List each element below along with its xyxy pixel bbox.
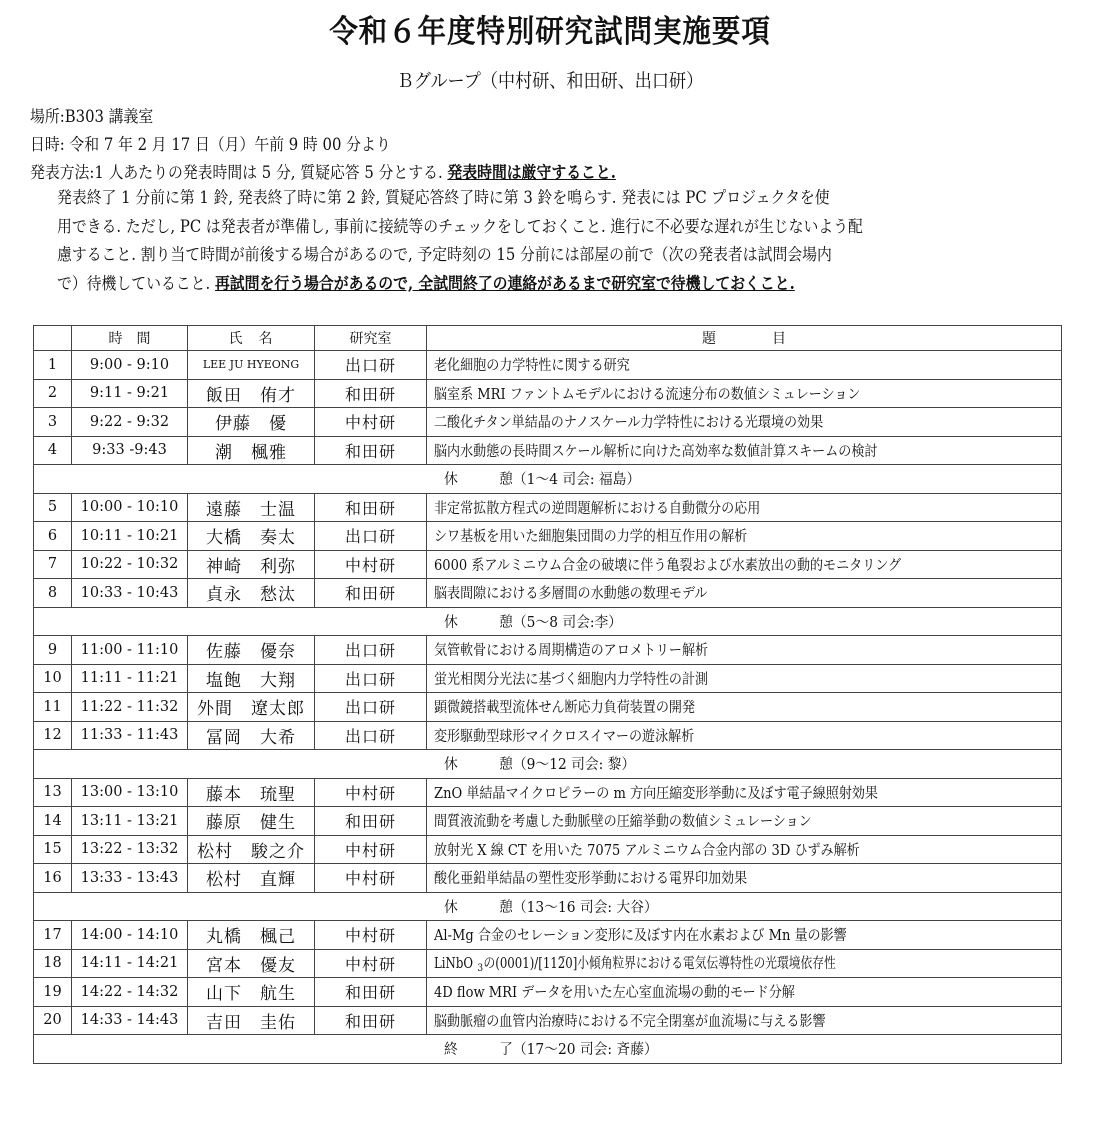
end-row: 終 了（17～20 司会: 斉藤） [34, 1035, 1062, 1064]
group-subtitle: Ｂグループ（中村研、和田研、出口研） [55, 66, 1045, 93]
cell-no: 9 [34, 636, 72, 665]
cell-lab: 出口研 [315, 664, 427, 693]
cell-name: 貞永 愁汰 [188, 579, 315, 608]
cell-title: 脳表間隙における多層間の水動態の数理モデル [427, 579, 1062, 608]
table-row: 39:22 - 9:32伊藤 優中村研二酸化チタン単結晶のナノスケール力学特性に… [34, 408, 1062, 437]
cell-time: 13:11 - 13:21 [72, 807, 188, 836]
title-text: 間質液流動を考慮した動脈壁の圧縮挙動の数値シミュレーション [434, 810, 812, 831]
cell-name: 山下 航生 [188, 978, 315, 1007]
cell-no: 13 [34, 778, 72, 807]
cell-no: 17 [34, 921, 72, 950]
cell-no: 19 [34, 978, 72, 1007]
cell-no: 18 [34, 949, 72, 978]
cell-lab: 出口研 [315, 636, 427, 665]
instructions-paragraph: 発表終了 1 分前に第 1 鈴, 発表終了時に第 2 鈴, 質疑応答終了時に第 … [57, 184, 1056, 298]
table-header-row: 時 間 氏 名 研究室 題 目 [34, 326, 1062, 351]
cell-lab: 出口研 [315, 721, 427, 750]
instructions-line: 慮すること. 割り当て時間が前後する場合があるので, 予定時刻の 15 分前には… [57, 241, 1056, 270]
table-row: 19:00 - 9:10LEE JU HYEONG出口研老化細胞の力学特性に関す… [34, 351, 1062, 380]
cell-no: 5 [34, 493, 72, 522]
cell-time: 9:00 - 9:10 [72, 351, 188, 380]
title-text: 酸化亜鉛単結晶の塑性変形挙動における電界印加効果 [434, 867, 747, 888]
break-label: 休 憩（9～12 司会: 黎） [444, 753, 635, 774]
cell-name: 吉田 圭佑 [188, 1006, 315, 1035]
table-row: 1914:22 - 14:32山下 航生和田研4D flow MRI データを用… [34, 978, 1062, 1007]
cell-no: 16 [34, 864, 72, 893]
cell-lab: 和田研 [315, 379, 427, 408]
title-text: 脳動脈瘤の血管内治療時における不完全閉塞が血流場に与える影響 [434, 1010, 826, 1031]
cell-title: 酸化亜鉛単結晶の塑性変形挙動における電界印加効果 [427, 864, 1062, 893]
cell-title: 脳内水動態の長時間スケール解析に向けた高効率な数値計算スキームの検討 [427, 436, 1062, 465]
cell-lab: 中村研 [315, 835, 427, 864]
cell-title: 脳動脈瘤の血管内治療時における不完全閉塞が血流場に与える影響 [427, 1006, 1062, 1035]
cell-time: 13:00 - 13:10 [72, 778, 188, 807]
cell-name: 遠藤 士温 [188, 493, 315, 522]
title-formula: LiNbO [434, 956, 473, 972]
cell-lab: 中村研 [315, 921, 427, 950]
title-text: Al-Mg 合金のセレーション変形に及ぼす内在水素および Mn 量の影響 [434, 924, 847, 945]
cell-name: 藤本 琉聖 [188, 778, 315, 807]
cell-name: 佐藤 優奈 [188, 636, 315, 665]
title-text: 4D flow MRI データを用いた左心室血流場の動的モード分解 [434, 981, 795, 1002]
title-text: 顕微鏡搭載型流体せん断応力負荷装置の開発 [434, 696, 695, 717]
cell-name: 丸橋 楓己 [188, 921, 315, 950]
table-row: 1313:00 - 13:10藤本 琉聖中村研ZnO 単結晶マイクロピラーの m… [34, 778, 1062, 807]
cell-no: 14 [34, 807, 72, 836]
title-text: 6000 系アルミニウム合金の破壊に伴う亀裂および水素放出の動的モニタリング [434, 554, 901, 575]
cell-lab: 和田研 [315, 493, 427, 522]
cell-lab: 出口研 [315, 693, 427, 722]
title-text: 脳内水動態の長時間スケール解析に向けた高効率な数値計算スキームの検討 [434, 440, 877, 461]
cell-title: 4D flow MRI データを用いた左心室血流場の動的モード分解 [427, 978, 1062, 1007]
document-title: 令和６年度特別研究試問実施要項 [44, 6, 1056, 51]
table-row: 1513:22 - 13:32松村 駿之介中村研放射光 X 線 CT を用いた … [34, 835, 1062, 864]
break-row: 休 憩（9～12 司会: 黎） [34, 750, 1062, 779]
cell-name: 藤原 健生 [188, 807, 315, 836]
table-row: 1011:11 - 11:21塩飽 大翔出口研蛍光相関分光法に基づく細胞内力学特… [34, 664, 1062, 693]
cell-time: 11:11 - 11:21 [72, 664, 188, 693]
break-cell: 休 憩（5～8 司会:李） [34, 607, 1062, 636]
cell-time: 14:11 - 14:21 [72, 949, 188, 978]
cell-time: 9:11 - 9:21 [72, 379, 188, 408]
end-cell: 終 了（17～20 司会: 斉藤） [34, 1035, 1062, 1064]
table-row: 29:11 - 9:21飯田 侑才和田研脳室系 MRI ファントムモデルにおける… [34, 379, 1062, 408]
cell-name: 伊藤 優 [188, 408, 315, 437]
header-name: 氏 名 [188, 326, 315, 351]
cell-time: 10:00 - 10:10 [72, 493, 188, 522]
title-rest: の(0001)/[112̅0]小傾角粒界における電気伝導特性の光環境依存性 [483, 952, 835, 973]
table-row: 610:11 - 10:21大橋 奏太出口研シワ基板を用いた細胞集団間の力学的相… [34, 522, 1062, 551]
method-line: 発表方法:1 人あたりの発表時間は 5 分, 質疑応答 5 分とする. 発表時間… [30, 159, 616, 183]
cell-name: 飯田 侑才 [188, 379, 315, 408]
schedule-table: 時 間 氏 名 研究室 題 目 19:00 - 9:10LEE JU HYEON… [33, 325, 1062, 1064]
break-row: 休 憩（13～16 司会: 大谷） [34, 892, 1062, 921]
table-row: 1714:00 - 14:10丸橋 楓己中村研Al-Mg 合金のセレーション変形… [34, 921, 1062, 950]
cell-lab: 和田研 [315, 807, 427, 836]
cell-time: 11:00 - 11:10 [72, 636, 188, 665]
cell-name: 大橋 奏太 [188, 522, 315, 551]
cell-name: 宮本 優友 [188, 949, 315, 978]
cell-title: 間質液流動を考慮した動脈壁の圧縮挙動の数値シミュレーション [427, 807, 1062, 836]
cell-lab: 出口研 [315, 522, 427, 551]
cell-title: 気管軟骨における周期構造のアロメトリー解析 [427, 636, 1062, 665]
title-text: シワ基板を用いた細胞集団間の力学的相互作用の解析 [434, 525, 747, 546]
header-time: 時 間 [72, 326, 188, 351]
cell-title: 老化細胞の力学特性に関する研究 [427, 351, 1062, 380]
cell-title: Al-Mg 合金のセレーション変形に及ぼす内在水素および Mn 量の影響 [427, 921, 1062, 950]
cell-no: 15 [34, 835, 72, 864]
title-text: 変形駆動型球形マイクロスイマーの遊泳解析 [434, 725, 694, 746]
instructions-emphasis: 再試問を行う場合があるので, 全試問終了の連絡があるまで研究室で待機しておくこと… [215, 274, 795, 293]
title-text: ZnO 単結晶マイクロピラーの m 方向圧縮変形挙動に及ぼす電子線照射効果 [434, 782, 878, 803]
cell-name: 松村 直輝 [188, 864, 315, 893]
break-cell: 休 憩（9～12 司会: 黎） [34, 750, 1062, 779]
datetime-line: 日時: 令和 7 年 2 月 17 日（月）午前 9 時 00 分より [30, 131, 391, 155]
table-row: 1111:22 - 11:32外間 遼太郎出口研顕微鏡搭載型流体せん断応力負荷装… [34, 693, 1062, 722]
cell-no: 20 [34, 1006, 72, 1035]
cell-lab: 和田研 [315, 436, 427, 465]
cell-time: 13:22 - 13:32 [72, 835, 188, 864]
table-row: 510:00 - 10:10遠藤 士温和田研非定常拡散方程式の逆問題解析における… [34, 493, 1062, 522]
break-row: 休 憩（1～4 司会: 福島） [34, 465, 1062, 494]
end-label: 終 了（17～20 司会: 斉藤） [444, 1038, 658, 1059]
cell-title: 蛍光相関分光法に基づく細胞内力学特性の計測 [427, 664, 1062, 693]
cell-lab: 出口研 [315, 351, 427, 380]
instructions-line: 発表終了 1 分前に第 1 鈴, 発表終了時に第 2 鈴, 質疑応答終了時に第 … [57, 184, 1056, 213]
cell-lab: 中村研 [315, 949, 427, 978]
cell-title: LiNbO3の(0001)/[112̅0]小傾角粒界における電気伝導特性の光環境… [427, 949, 1062, 978]
cell-no: 10 [34, 664, 72, 693]
cell-title: 二酸化チタン単結晶のナノスケール力学特性における光環境の効果 [427, 408, 1062, 437]
cell-time: 10:11 - 10:21 [72, 522, 188, 551]
cell-title: 脳室系 MRI ファントムモデルにおける流速分布の数値シミュレーション [427, 379, 1062, 408]
cell-time: 14:22 - 14:32 [72, 978, 188, 1007]
cell-time: 10:22 - 10:32 [72, 550, 188, 579]
break-cell: 休 憩（1～4 司会: 福島） [34, 465, 1062, 494]
cell-no: 12 [34, 721, 72, 750]
cell-no: 8 [34, 579, 72, 608]
cell-lab: 中村研 [315, 408, 427, 437]
table-row: 49:33 -9:43潮 楓雅和田研脳内水動態の長時間スケール解析に向けた高効率… [34, 436, 1062, 465]
table-row: 710:22 - 10:32神崎 利弥中村研6000 系アルミニウム合金の破壊に… [34, 550, 1062, 579]
cell-lab: 中村研 [315, 864, 427, 893]
cell-no: 4 [34, 436, 72, 465]
cell-lab: 中村研 [315, 550, 427, 579]
break-row: 休 憩（5～8 司会:李） [34, 607, 1062, 636]
cell-no: 7 [34, 550, 72, 579]
cell-title: 放射光 X 線 CT を用いた 7075 アルミニウム合金内部の 3D ひずみ解… [427, 835, 1062, 864]
cell-time: 11:33 - 11:43 [72, 721, 188, 750]
table-row: 911:00 - 11:10佐藤 優奈出口研気管軟骨における周期構造のアロメトリ… [34, 636, 1062, 665]
header-lab: 研究室 [315, 326, 427, 351]
cell-title: 6000 系アルミニウム合金の破壊に伴う亀裂および水素放出の動的モニタリング [427, 550, 1062, 579]
break-label: 休 憩（1～4 司会: 福島） [444, 468, 640, 489]
cell-lab: 和田研 [315, 1006, 427, 1035]
cell-time: 9:33 -9:43 [72, 436, 188, 465]
table-row: 810:33 - 10:43貞永 愁汰和田研脳表間隙における多層間の水動態の数理… [34, 579, 1062, 608]
title-text: 放射光 X 線 CT を用いた 7075 アルミニウム合金内部の 3D ひずみ解… [434, 839, 860, 860]
cell-name: 神崎 利弥 [188, 550, 315, 579]
cell-no: 3 [34, 408, 72, 437]
cell-lab: 中村研 [315, 778, 427, 807]
title-text: 脳室系 MRI ファントムモデルにおける流速分布の数値シミュレーション [434, 383, 860, 404]
cell-time: 14:00 - 14:10 [72, 921, 188, 950]
cell-name: LEE JU HYEONG [188, 351, 315, 380]
cell-name: 塩飽 大翔 [188, 664, 315, 693]
title-text: 非定常拡散方程式の逆問題解析における自動微分の応用 [434, 497, 760, 518]
table-row: 2014:33 - 14:43吉田 圭佑和田研脳動脈瘤の血管内治療時における不完… [34, 1006, 1062, 1035]
method-text: 発表方法:1 人あたりの発表時間は 5 分, 質疑応答 5 分とする. [30, 163, 447, 182]
cell-time: 11:22 - 11:32 [72, 693, 188, 722]
break-cell: 休 憩（13～16 司会: 大谷） [34, 892, 1062, 921]
cell-no: 11 [34, 693, 72, 722]
instructions-line-last: で）待機していること. 再試問を行う場合があるので, 全試問終了の連絡があるまで… [57, 270, 1056, 299]
cell-no: 2 [34, 379, 72, 408]
break-label: 休 憩（13～16 司会: 大谷） [444, 896, 658, 917]
header-title: 題 目 [427, 326, 1062, 351]
instructions-text: で）待機していること. [57, 274, 215, 293]
cell-name: 潮 楓雅 [188, 436, 315, 465]
cell-name: 外間 遼太郎 [188, 693, 315, 722]
cell-time: 14:33 - 14:43 [72, 1006, 188, 1035]
cell-lab: 和田研 [315, 978, 427, 1007]
instructions-line: 用できる. ただし, PC は発表者が準備し, 事前に接続等のチェックをしておく… [57, 213, 1056, 242]
cell-title: シワ基板を用いた細胞集団間の力学的相互作用の解析 [427, 522, 1062, 551]
table-row: 1814:11 - 14:21宮本 優友中村研LiNbO3の(0001)/[11… [34, 949, 1062, 978]
cell-title: 非定常拡散方程式の逆問題解析における自動微分の応用 [427, 493, 1062, 522]
cell-title: 顕微鏡搭載型流体せん断応力負荷装置の開発 [427, 693, 1062, 722]
title-text: LiNbO3の(0001)/[112̅0]小傾角粒界における電気伝導特性の光環境… [434, 952, 874, 974]
cell-time: 10:33 - 10:43 [72, 579, 188, 608]
table-row: 1613:33 - 13:43松村 直輝中村研酸化亜鉛単結晶の塑性変形挙動におけ… [34, 864, 1062, 893]
cell-name: 松村 駿之介 [188, 835, 315, 864]
cell-title: ZnO 単結晶マイクロピラーの m 方向圧縮変形挙動に及ぼす電子線照射効果 [427, 778, 1062, 807]
cell-no: 1 [34, 351, 72, 380]
cell-lab: 和田研 [315, 579, 427, 608]
location-line: 場所:B303 講義室 [30, 103, 153, 127]
cell-time: 9:22 - 9:32 [72, 408, 188, 437]
table-row: 1413:11 - 13:21藤原 健生和田研間質液流動を考慮した動脈壁の圧縮挙… [34, 807, 1062, 836]
cell-name: 冨岡 大希 [188, 721, 315, 750]
title-text: 脳表間隙における多層間の水動態の数理モデル [434, 582, 707, 603]
table-row: 1211:33 - 11:43冨岡 大希出口研変形駆動型球形マイクロスイマーの遊… [34, 721, 1062, 750]
method-emphasis: 発表時間は厳守すること. [447, 163, 616, 182]
cell-no: 6 [34, 522, 72, 551]
header-no [34, 326, 72, 351]
title-text: 気管軟骨における周期構造のアロメトリー解析 [434, 639, 708, 660]
title-text: 老化細胞の力学特性に関する研究 [434, 354, 630, 375]
title-subscript: 3 [477, 963, 483, 974]
break-label: 休 憩（5～8 司会:李） [444, 611, 622, 632]
title-text: 二酸化チタン単結晶のナノスケール力学特性における光環境の効果 [434, 411, 823, 432]
title-text: 蛍光相関分光法に基づく細胞内力学特性の計測 [434, 668, 708, 689]
cell-time: 13:33 - 13:43 [72, 864, 188, 893]
cell-title: 変形駆動型球形マイクロスイマーの遊泳解析 [427, 721, 1062, 750]
